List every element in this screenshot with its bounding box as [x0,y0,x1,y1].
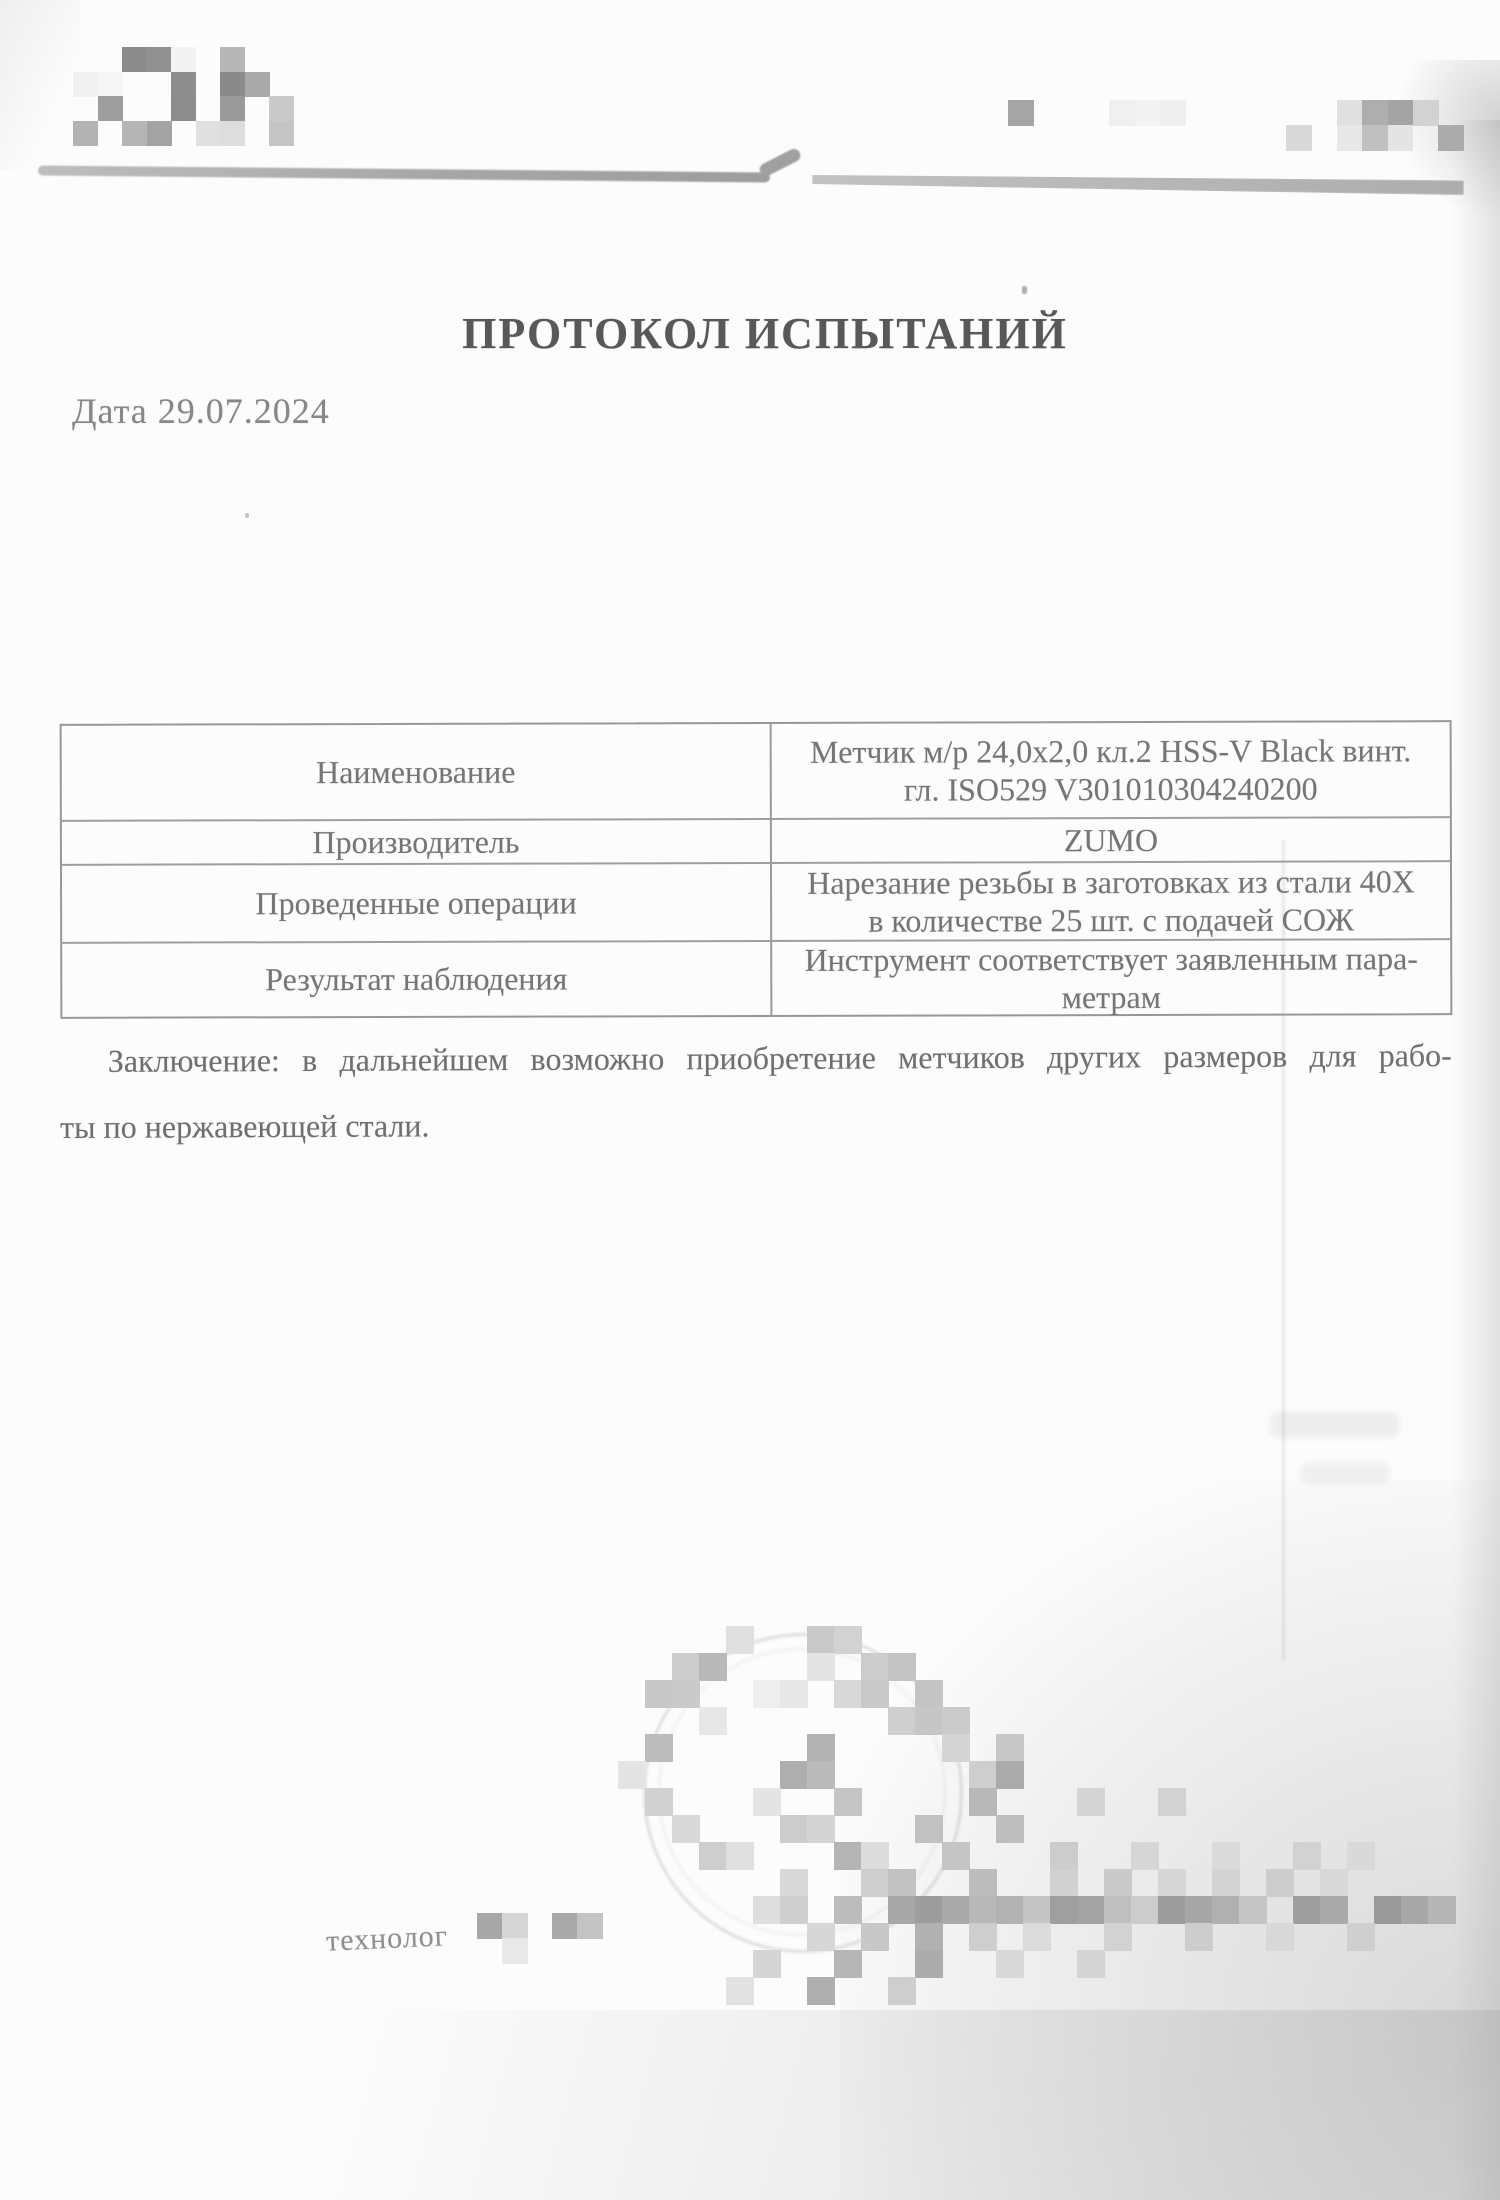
mosaic-cell [1337,100,1363,126]
row-label: Производитель [62,820,772,864]
scan-artifact-smudge [1270,1412,1400,1438]
row-label: Результат наблюдения [62,942,772,1017]
mosaic-cell [1362,125,1388,151]
mosaic-cell [196,121,221,146]
scan-artifact-bottom-strip [0,2010,1500,2200]
mosaic-cell [269,121,294,146]
scan-artifact-top-left [0,0,80,170]
row-value-line: Нарезание резьбы в заготовках из стали 4… [807,862,1415,902]
mosaic-cell [1160,100,1186,126]
date-line: Дата 29.07.2024 [72,390,330,432]
mosaic-cell [98,72,123,97]
page-title: ПРОТОКОЛ ИСПЫТАНИЙ [0,308,1500,359]
mosaic-cell [726,1977,754,2005]
mosaic-cell [477,1913,503,1939]
row-value-line: гл. ISO529 V301010304240200 [904,770,1318,809]
mosaic-cell [1135,100,1161,126]
table-row: Проведенные операции Нарезание резьбы в … [62,862,1450,944]
row-label: Наименование [62,724,772,820]
mosaic-cell [645,1680,673,1708]
scanned-document-page: ПРОТОКОЛ ИСПЫТАНИЙ Дата 29.07.2024 Наиме… [0,0,1500,2200]
row-value: ZUMO [772,818,1450,862]
mosaic-cell [245,72,270,97]
conclusion-line: Заключение: в дальнейшем возможно приобр… [60,1037,1452,1109]
row-value-line: в количестве 25 шт. с подачей СОЖ [868,900,1354,939]
mosaic-cell [220,96,245,121]
row-value-line: метрам [1062,977,1161,1015]
mosaic-cell [1109,100,1135,126]
mosaic-cell [122,121,147,146]
mosaic-cell [269,96,294,121]
mosaic-cell [220,121,245,146]
row-value: Нарезание резьбы в заготовках из стали 4… [772,862,1450,940]
scan-artifact-smudge [1300,1462,1390,1484]
row-value-line: Инструмент соответствует заявленным пара… [804,939,1417,979]
mosaic-cell [618,1761,646,1789]
mosaic-cell [502,1913,528,1939]
mosaic-cell [147,47,172,72]
row-value: Метчик м/р 24,0х2,0 кл.2 HSS-V Black вин… [772,722,1450,818]
scan-artifact-speck [245,513,249,518]
mosaic-cell [502,1938,528,1964]
mosaic-cell [1362,100,1388,126]
mosaic-cell [220,47,245,72]
spec-table: Наименование Метчик м/р 24,0х2,0 кл.2 HS… [60,720,1453,1019]
scan-artifact-top-right [1400,60,1500,220]
scan-artifact-speck [1022,286,1027,294]
row-value-line: Метчик м/р 24,0х2,0 кл.2 HSS-V Black вин… [810,731,1411,771]
mosaic-cell [98,96,123,121]
mosaic-cell [1008,100,1034,126]
header-rule-hook [757,147,802,179]
stamp-outline-inner [658,1648,946,1936]
mosaic-cell [552,1913,578,1939]
header-rule-right [812,172,1464,196]
mosaic-cell [1337,125,1363,151]
mosaic-cell [577,1913,603,1939]
table-row: Производитель ZUMO [62,818,1450,866]
mosaic-cell [220,72,245,97]
header-rule-left [38,165,770,182]
row-value-line: ZUMO [1064,821,1158,859]
mosaic-cell [807,1977,835,2005]
conclusion-paragraph: Заключение: в дальнейшем возможно приобр… [60,1037,1453,1175]
mosaic-cell [171,96,196,121]
mosaic-cell [753,1950,781,1978]
row-value: Инструмент соответствует заявленным пара… [772,940,1450,1015]
mosaic-cell [171,72,196,97]
conclusion-line: ты по нержавеющей стали. [60,1103,1452,1175]
mosaic-cell [1286,125,1312,151]
table-row: Наименование Метчик м/р 24,0х2,0 кл.2 HS… [62,722,1450,822]
table-row: Результат наблюдения Инструмент соответс… [62,940,1450,1017]
mosaic-cell [147,121,172,146]
row-label: Проведенные операции [62,864,772,942]
role-label: технолог [325,1919,448,1958]
mosaic-cell [171,47,196,72]
mosaic-cell [122,47,147,72]
